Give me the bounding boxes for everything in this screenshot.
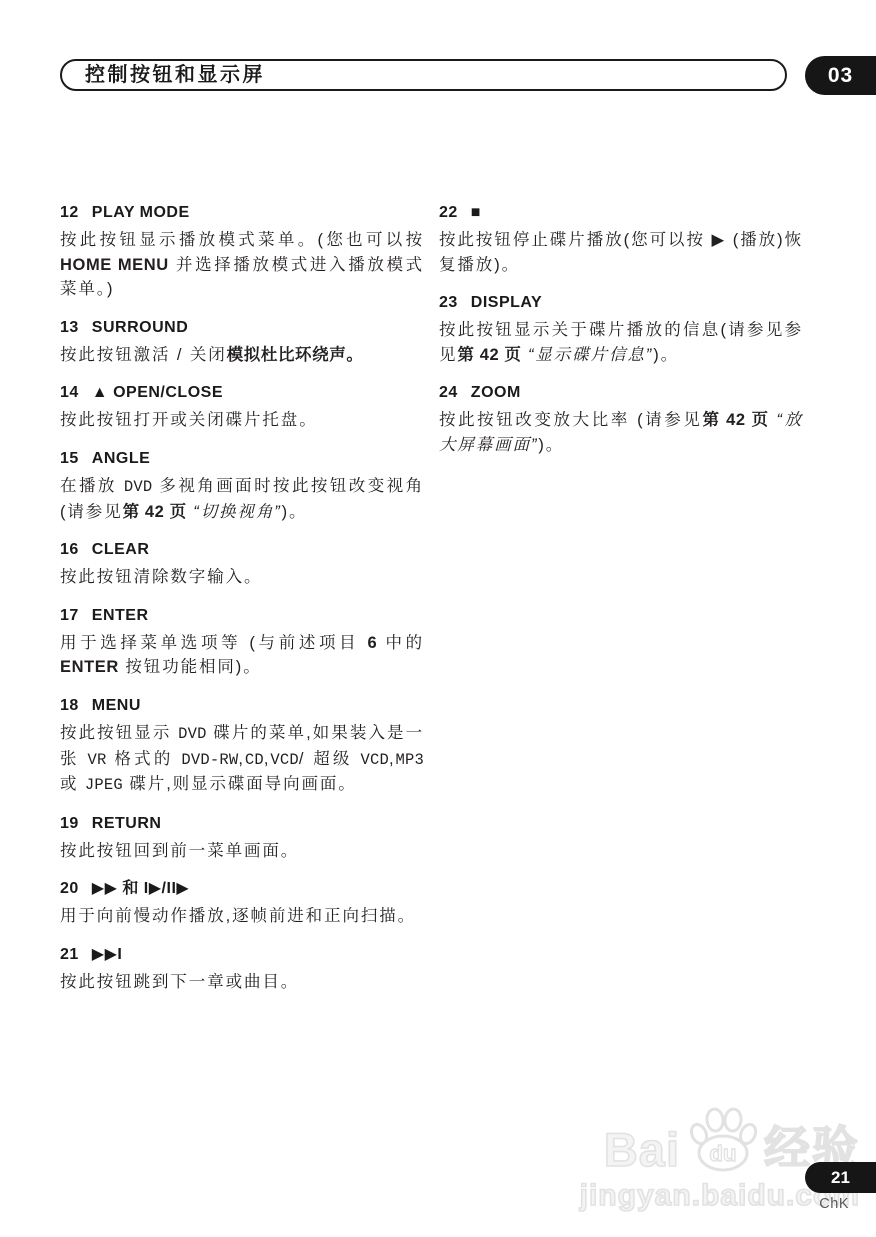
section-heading: 14▲ OPEN/CLOSE bbox=[60, 381, 424, 405]
manual-section: 20▶▶ 和 I▶/II▶ 用于向前慢动作播放,逐帧前进和正向扫描。 bbox=[60, 877, 424, 929]
page-number-badge: 21 bbox=[805, 1162, 876, 1193]
section-name: ANGLE bbox=[92, 450, 151, 467]
manual-section: 14▲ OPEN/CLOSE 按此按钮打开或关闭碟片托盘。 bbox=[60, 381, 424, 433]
baidu-watermark: Bai du 经验 jingyan.baidu.com bbox=[580, 1107, 860, 1211]
section-number: 19 bbox=[60, 815, 79, 832]
section-heading: 18MENU bbox=[60, 694, 424, 718]
section-number: 15 bbox=[60, 450, 79, 467]
section-body: 按此按钮清除数字输入。 bbox=[60, 565, 424, 590]
section-body: 按此按钮显示 DVD 碟片的菜单,如果装入是一张 VR 格式的 DVD-RW,C… bbox=[60, 721, 424, 798]
section-number: 13 bbox=[60, 319, 79, 336]
section-title-pill: 控制按钮和显示屏 bbox=[60, 59, 787, 91]
manual-section: 24ZOOM 按此按钮改变放大比率 (请参见第 42 页 “放大屏幕画面”)。 bbox=[439, 381, 803, 457]
section-heading: 15ANGLE bbox=[60, 447, 424, 471]
section-number: 24 bbox=[439, 384, 458, 401]
manual-section: 23DISPLAY 按此按钮显示关于碟片播放的信息(请参见参见第 42 页 “显… bbox=[439, 291, 803, 367]
manual-section: 17ENTER 用于选择菜单选项等 (与前述项目 6 中的 ENTER 按钮功能… bbox=[60, 604, 424, 680]
baidu-wordmark: Bai bbox=[604, 1126, 680, 1173]
section-heading: 12PLAY MODE bbox=[60, 201, 424, 225]
section-heading: 13SURROUND bbox=[60, 316, 424, 340]
manual-section: 13SURROUND 按此按钮激活 / 关闭模拟杜比环绕声。 bbox=[60, 316, 424, 368]
manual-section: 19RETURN 按此按钮回到前一菜单画面。 bbox=[60, 812, 424, 864]
baidu-paw-icon: du bbox=[684, 1107, 760, 1173]
section-body: 按此按钮显示关于碟片播放的信息(请参见参见第 42 页 “显示碟片信息”)。 bbox=[439, 318, 803, 367]
section-name: ▶▶I bbox=[92, 946, 123, 963]
section-body: 按此按钮跳到下一章或曲目。 bbox=[60, 970, 424, 995]
section-body: 用于选择菜单选项等 (与前述项目 6 中的 ENTER 按钮功能相同)。 bbox=[60, 631, 424, 680]
section-body: 按此按钮显示播放模式菜单。(您也可以按 HOME MENU 并选择播放模式进入播… bbox=[60, 228, 424, 302]
section-number: 17 bbox=[60, 607, 79, 624]
section-number: 22 bbox=[439, 204, 458, 221]
section-name: ZOOM bbox=[471, 384, 521, 401]
manual-section: 16CLEAR 按此按钮清除数字输入。 bbox=[60, 538, 424, 590]
section-number: 12 bbox=[60, 204, 79, 221]
baidu-paw-du-label: du bbox=[710, 1141, 737, 1166]
section-number: 14 bbox=[60, 384, 79, 401]
chapter-number-badge: 03 bbox=[805, 56, 876, 95]
section-name: RETURN bbox=[92, 815, 162, 832]
section-number: 23 bbox=[439, 294, 458, 311]
section-number: 16 bbox=[60, 541, 79, 558]
section-body: 按此按钮回到前一菜单画面。 bbox=[60, 839, 424, 864]
section-name: DISPLAY bbox=[471, 294, 542, 311]
manual-section: 12PLAY MODE 按此按钮显示播放模式菜单。(您也可以按 HOME MEN… bbox=[60, 201, 424, 302]
section-heading: 19RETURN bbox=[60, 812, 424, 836]
section-name: PLAY MODE bbox=[92, 204, 190, 221]
left-column: 12PLAY MODE 按此按钮显示播放模式菜单。(您也可以按 HOME MEN… bbox=[60, 201, 424, 1009]
manual-section: 15ANGLE 在播放 DVD 多视角画面时按此按钮改变视角(请参见第 42 页… bbox=[60, 447, 424, 524]
section-heading: 24ZOOM bbox=[439, 381, 803, 405]
section-name: CLEAR bbox=[92, 541, 150, 558]
manual-section: 22■ 按此按钮停止碟片播放(您可以按 ▶ (播放)恢复播放)。 bbox=[439, 201, 803, 277]
section-name: ▶▶ 和 I▶/II▶ bbox=[92, 880, 189, 897]
section-number: 21 bbox=[60, 946, 79, 963]
section-heading: 23DISPLAY bbox=[439, 291, 803, 315]
right-column: 22■ 按此按钮停止碟片播放(您可以按 ▶ (播放)恢复播放)。 23DISPL… bbox=[439, 201, 803, 1009]
section-body: 按此按钮打开或关闭碟片托盘。 bbox=[60, 408, 424, 433]
section-body: 用于向前慢动作播放,逐帧前进和正向扫描。 bbox=[60, 904, 424, 929]
section-body: 按此按钮停止碟片播放(您可以按 ▶ (播放)恢复播放)。 bbox=[439, 228, 803, 277]
section-body: 在播放 DVD 多视角画面时按此按钮改变视角(请参见第 42 页 “切换视角”)… bbox=[60, 474, 424, 524]
section-heading: 16CLEAR bbox=[60, 538, 424, 562]
section-name: SURROUND bbox=[92, 319, 188, 336]
region-code: ChK bbox=[819, 1196, 849, 1212]
section-name: MENU bbox=[92, 697, 141, 714]
manual-content: 12PLAY MODE 按此按钮显示播放模式菜单。(您也可以按 HOME MEN… bbox=[60, 201, 818, 1009]
section-name: ■ bbox=[471, 204, 481, 221]
section-number: 18 bbox=[60, 697, 79, 714]
manual-section: 18MENU 按此按钮显示 DVD 碟片的菜单,如果装入是一张 VR 格式的 D… bbox=[60, 694, 424, 798]
section-body: 按此按钮激活 / 关闭模拟杜比环绕声。 bbox=[60, 343, 424, 368]
section-heading: 17ENTER bbox=[60, 604, 424, 628]
manual-section: 21▶▶I 按此按钮跳到下一章或曲目。 bbox=[60, 943, 424, 995]
section-heading: 21▶▶I bbox=[60, 943, 424, 967]
section-name: ▲ OPEN/CLOSE bbox=[92, 384, 223, 401]
page-title: 控制按钮和显示屏 bbox=[85, 65, 265, 85]
section-number: 20 bbox=[60, 880, 79, 897]
section-body: 按此按钮改变放大比率 (请参见第 42 页 “放大屏幕画面”)。 bbox=[439, 408, 803, 457]
section-name: ENTER bbox=[92, 607, 149, 624]
section-heading: 22■ bbox=[439, 201, 803, 225]
section-heading: 20▶▶ 和 I▶/II▶ bbox=[60, 877, 424, 901]
